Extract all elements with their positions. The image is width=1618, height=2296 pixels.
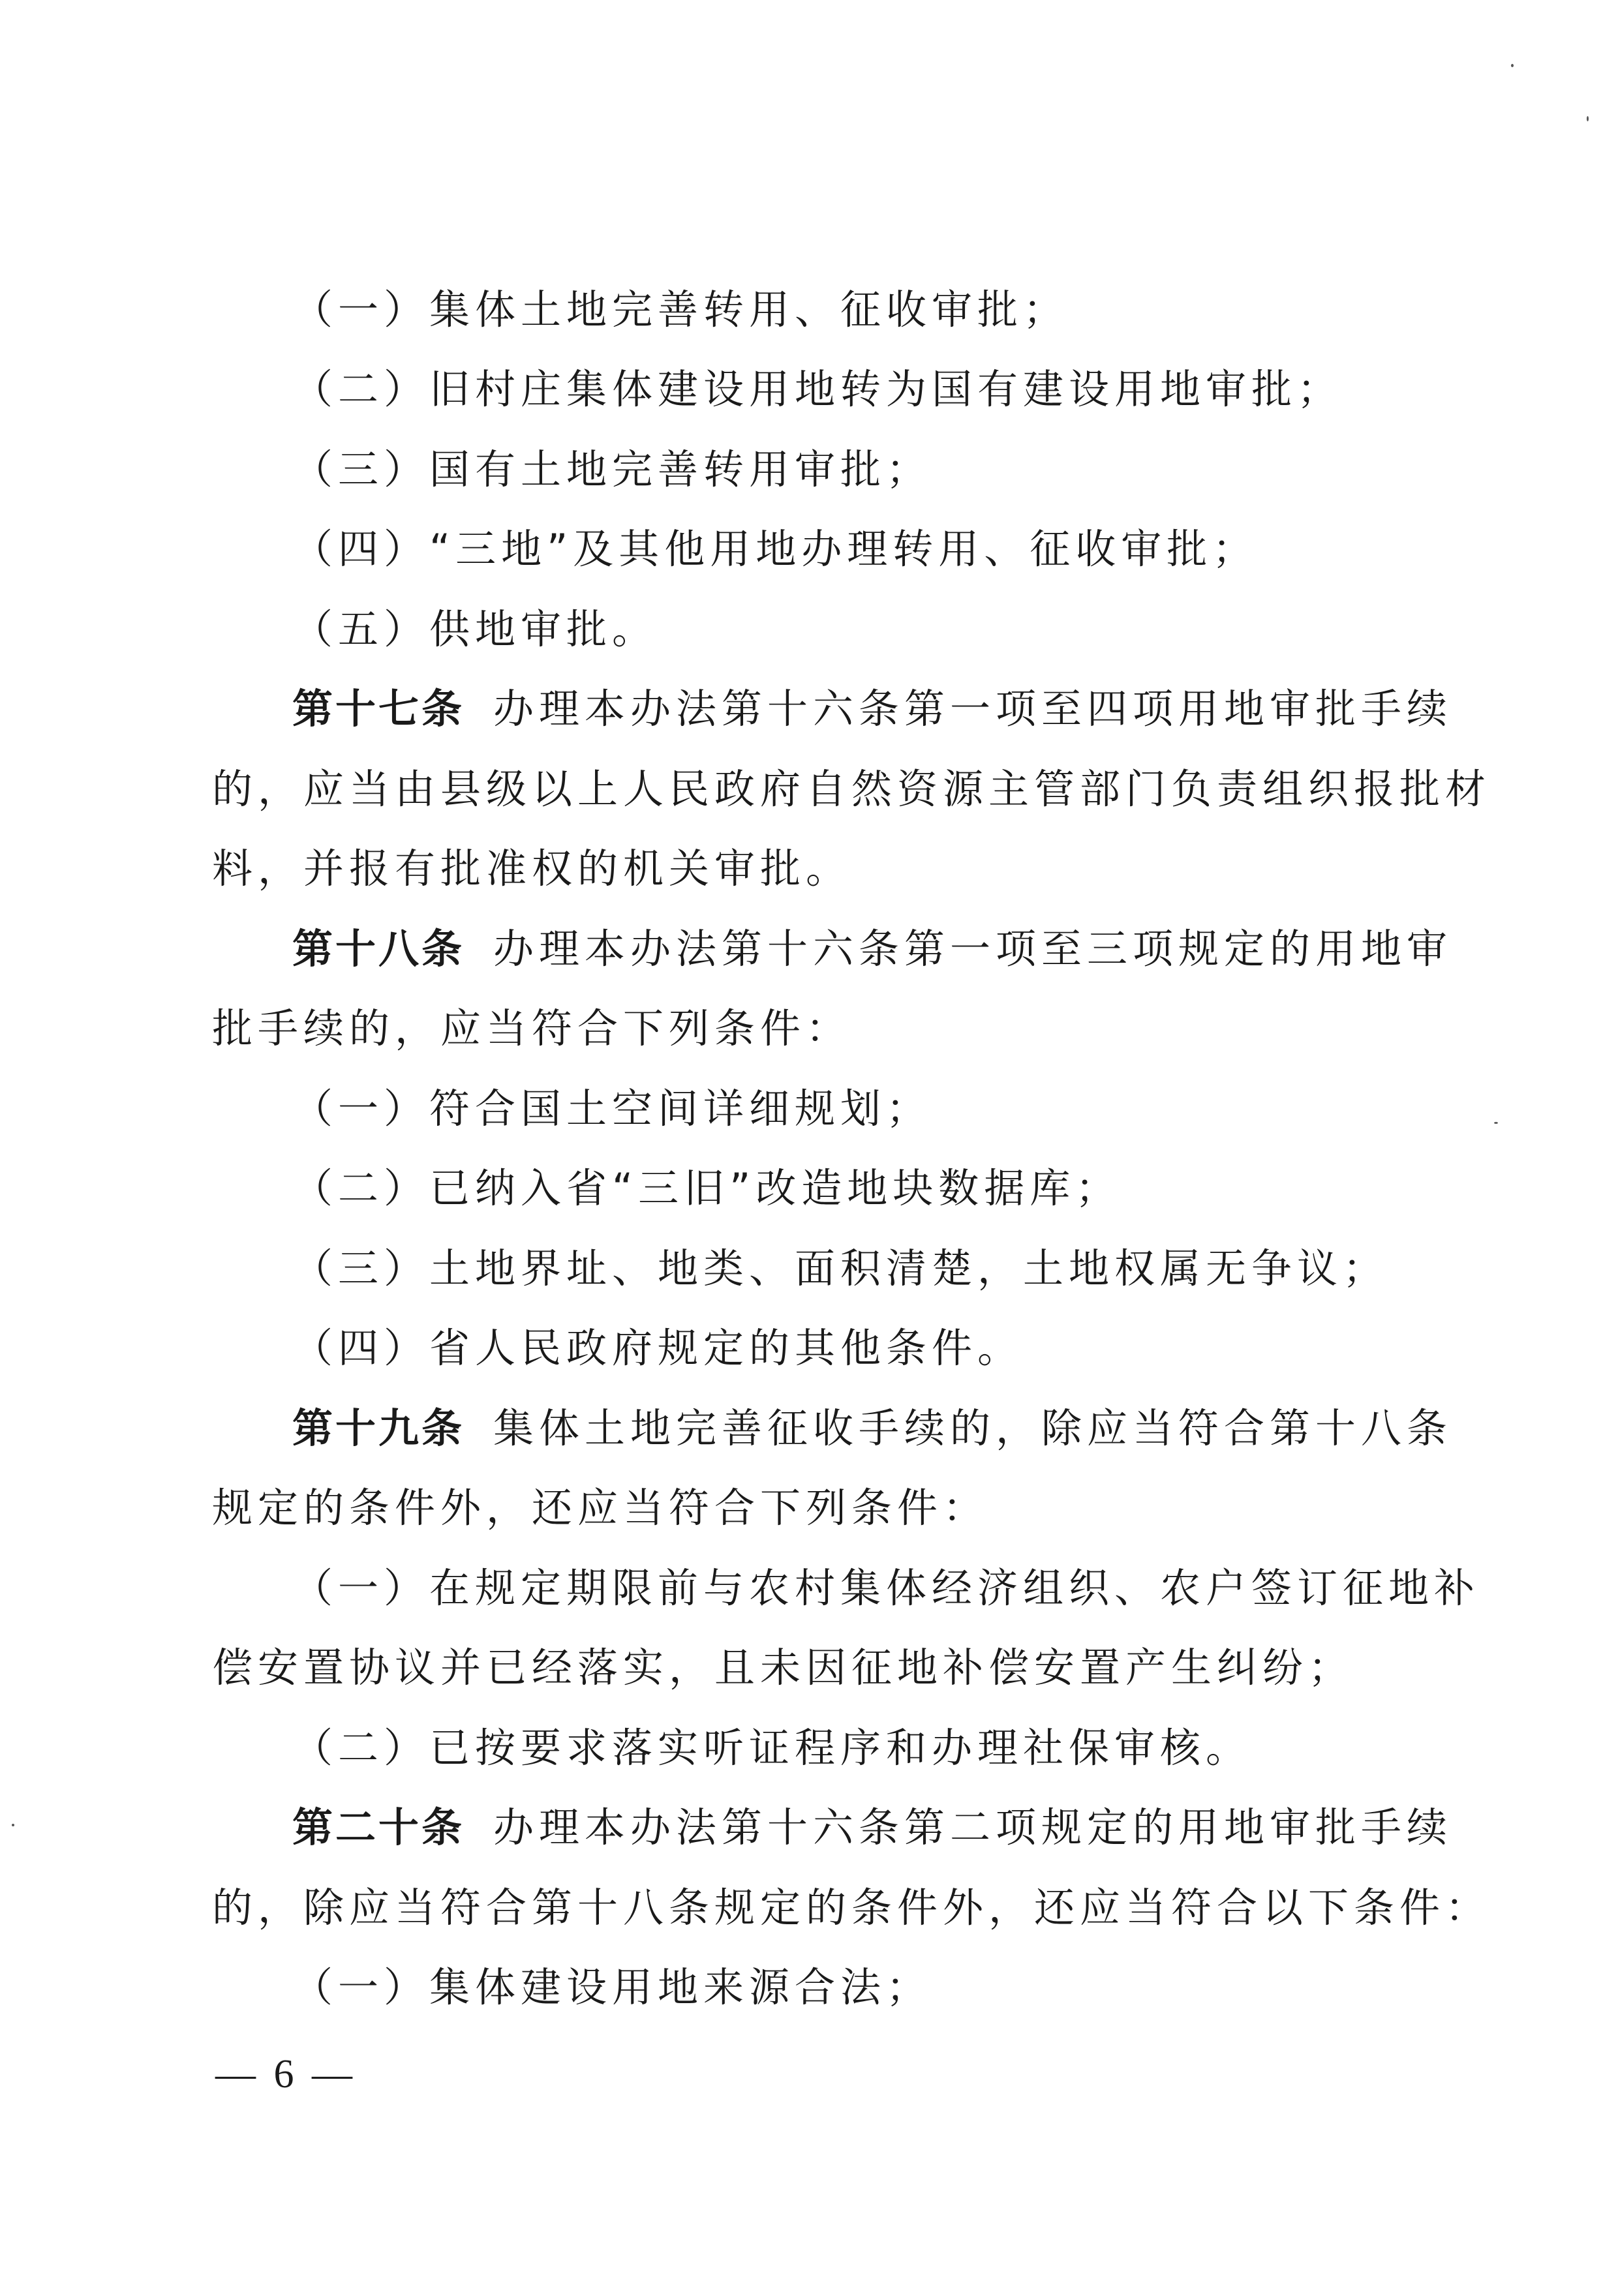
line-text: （一）在规定期限前与农村集体经济组织、农户签订征地补 <box>292 1564 1480 1612</box>
scan-speck <box>12 1824 14 1826</box>
list-item: （一）符合国土空间详细规划； <box>292 1069 1408 1149</box>
list-item: （三）土地界址、地类、面积清楚，土地权属无争议； <box>292 1229 1408 1308</box>
line-text: （二）已按要求落实听证程序和办理社保审核。 <box>292 1724 1251 1772</box>
document-page: （一）集体土地完善转用、征收审批； （二）旧村庄集体建设用地转为国有建设用地审批… <box>0 0 1618 2296</box>
line-text: （一）集体土地完善转用、征收审批； <box>292 286 1069 333</box>
list-item: （一）在规定期限前与农村集体经济组织、农户签订征地补 <box>292 1548 1408 1628</box>
article-20: 第二十条办理本办法第十六条第二项规定的用地审批手续 <box>292 1788 1408 1867</box>
list-item: （一）集体土地完善转用、征收审批； <box>292 270 1408 350</box>
list-item: （一）集体建设用地来源合法； <box>292 1948 1408 2027</box>
page-number: — 6 — <box>215 2042 356 2107</box>
article-heading: 第二十条 <box>292 1804 465 1851</box>
line-text: 办理本办法第十六条第一项至三项规定的用地审 <box>493 925 1452 973</box>
list-item: （四）省人民政府规定的其他条件。 <box>292 1308 1408 1388</box>
list-item: （五）供地审批。 <box>292 590 1408 669</box>
line-text: （四）省人民政府规定的其他条件。 <box>292 1324 1023 1372</box>
article-heading: 第十八条 <box>292 925 465 973</box>
line-text: （五）供地审批。 <box>292 605 658 653</box>
line-text: 规定的条件外，还应当符合下列条件： <box>212 1484 988 1532</box>
line-text: 偿安置协议并已经落实，且未因征地补偿安置产生纠纷； <box>212 1644 1354 1691</box>
paragraph-line: 的，除应当符合第十八条规定的条件外，还应当符合以下条件： <box>212 1868 1406 1948</box>
list-item: （三）国有土地完善转用审批； <box>292 430 1408 509</box>
line-text: （三）土地界址、地类、面积清楚，土地权属无争议； <box>292 1245 1388 1292</box>
line-text: 集体土地完善征收手续的，除应当符合第十八条 <box>493 1404 1452 1452</box>
paragraph-line: 批手续的，应当符合下列条件： <box>212 989 1406 1068</box>
article-17: 第十七条办理本办法第十六条第一项至四项用地审批手续 <box>292 669 1408 749</box>
paragraph-line: 规定的条件外，还应当符合下列条件： <box>212 1468 1406 1548</box>
line-text: 的，应当由县级以上人民政府自然资源主管部门负责组织报批材 <box>212 765 1491 813</box>
line-text: （一）符合国土空间详细规划； <box>292 1085 932 1132</box>
paragraph-line: 偿安置协议并已经落实，且未因征地补偿安置产生纠纷； <box>212 1628 1406 1708</box>
list-item: （四）“三地”及其他用地办理转用、征收审批； <box>292 509 1408 589</box>
line-text: 办理本办法第十六条第一项至四项用地审批手续 <box>493 685 1452 733</box>
article-18: 第十八条办理本办法第十六条第一项至三项规定的用地审 <box>292 909 1408 989</box>
article-heading: 第十九条 <box>292 1404 465 1452</box>
line-text: （二）旧村庄集体建设用地转为国有建设用地审批； <box>292 365 1343 413</box>
article-heading: 第十七条 <box>292 685 465 733</box>
scan-speck <box>1494 1122 1498 1124</box>
scan-speck <box>1511 64 1514 67</box>
list-item: （二）已纳入省“三旧”改造地块数据库； <box>292 1149 1408 1228</box>
paragraph-line: 的，应当由县级以上人民政府自然资源主管部门负责组织报批材 <box>212 749 1406 829</box>
line-text: （四）“三地”及其他用地办理转用、征收审批； <box>292 525 1258 573</box>
line-text: 批手续的，应当符合下列条件： <box>212 1004 851 1052</box>
list-item: （二）旧村庄集体建设用地转为国有建设用地审批； <box>292 350 1408 429</box>
line-text: （二）已纳入省“三旧”改造地块数据库； <box>292 1164 1121 1212</box>
scan-speck <box>1587 116 1589 121</box>
line-text: 办理本办法第十六条第二项规定的用地审批手续 <box>493 1804 1452 1851</box>
line-text: 的，除应当符合第十八条规定的条件外，还应当符合以下条件： <box>212 1884 1491 1931</box>
article-19: 第十九条集体土地完善征收手续的，除应当符合第十八条 <box>292 1389 1408 1468</box>
line-text: （一）集体建设用地来源合法； <box>292 1963 932 2011</box>
list-item: （二）已按要求落实听证程序和办理社保审核。 <box>292 1708 1408 1788</box>
paragraph-line: 料，并报有批准权的机关审批。 <box>212 829 1406 909</box>
line-text: 料，并报有批准权的机关审批。 <box>212 845 851 892</box>
line-text: （三）国有土地完善转用审批； <box>292 446 932 493</box>
